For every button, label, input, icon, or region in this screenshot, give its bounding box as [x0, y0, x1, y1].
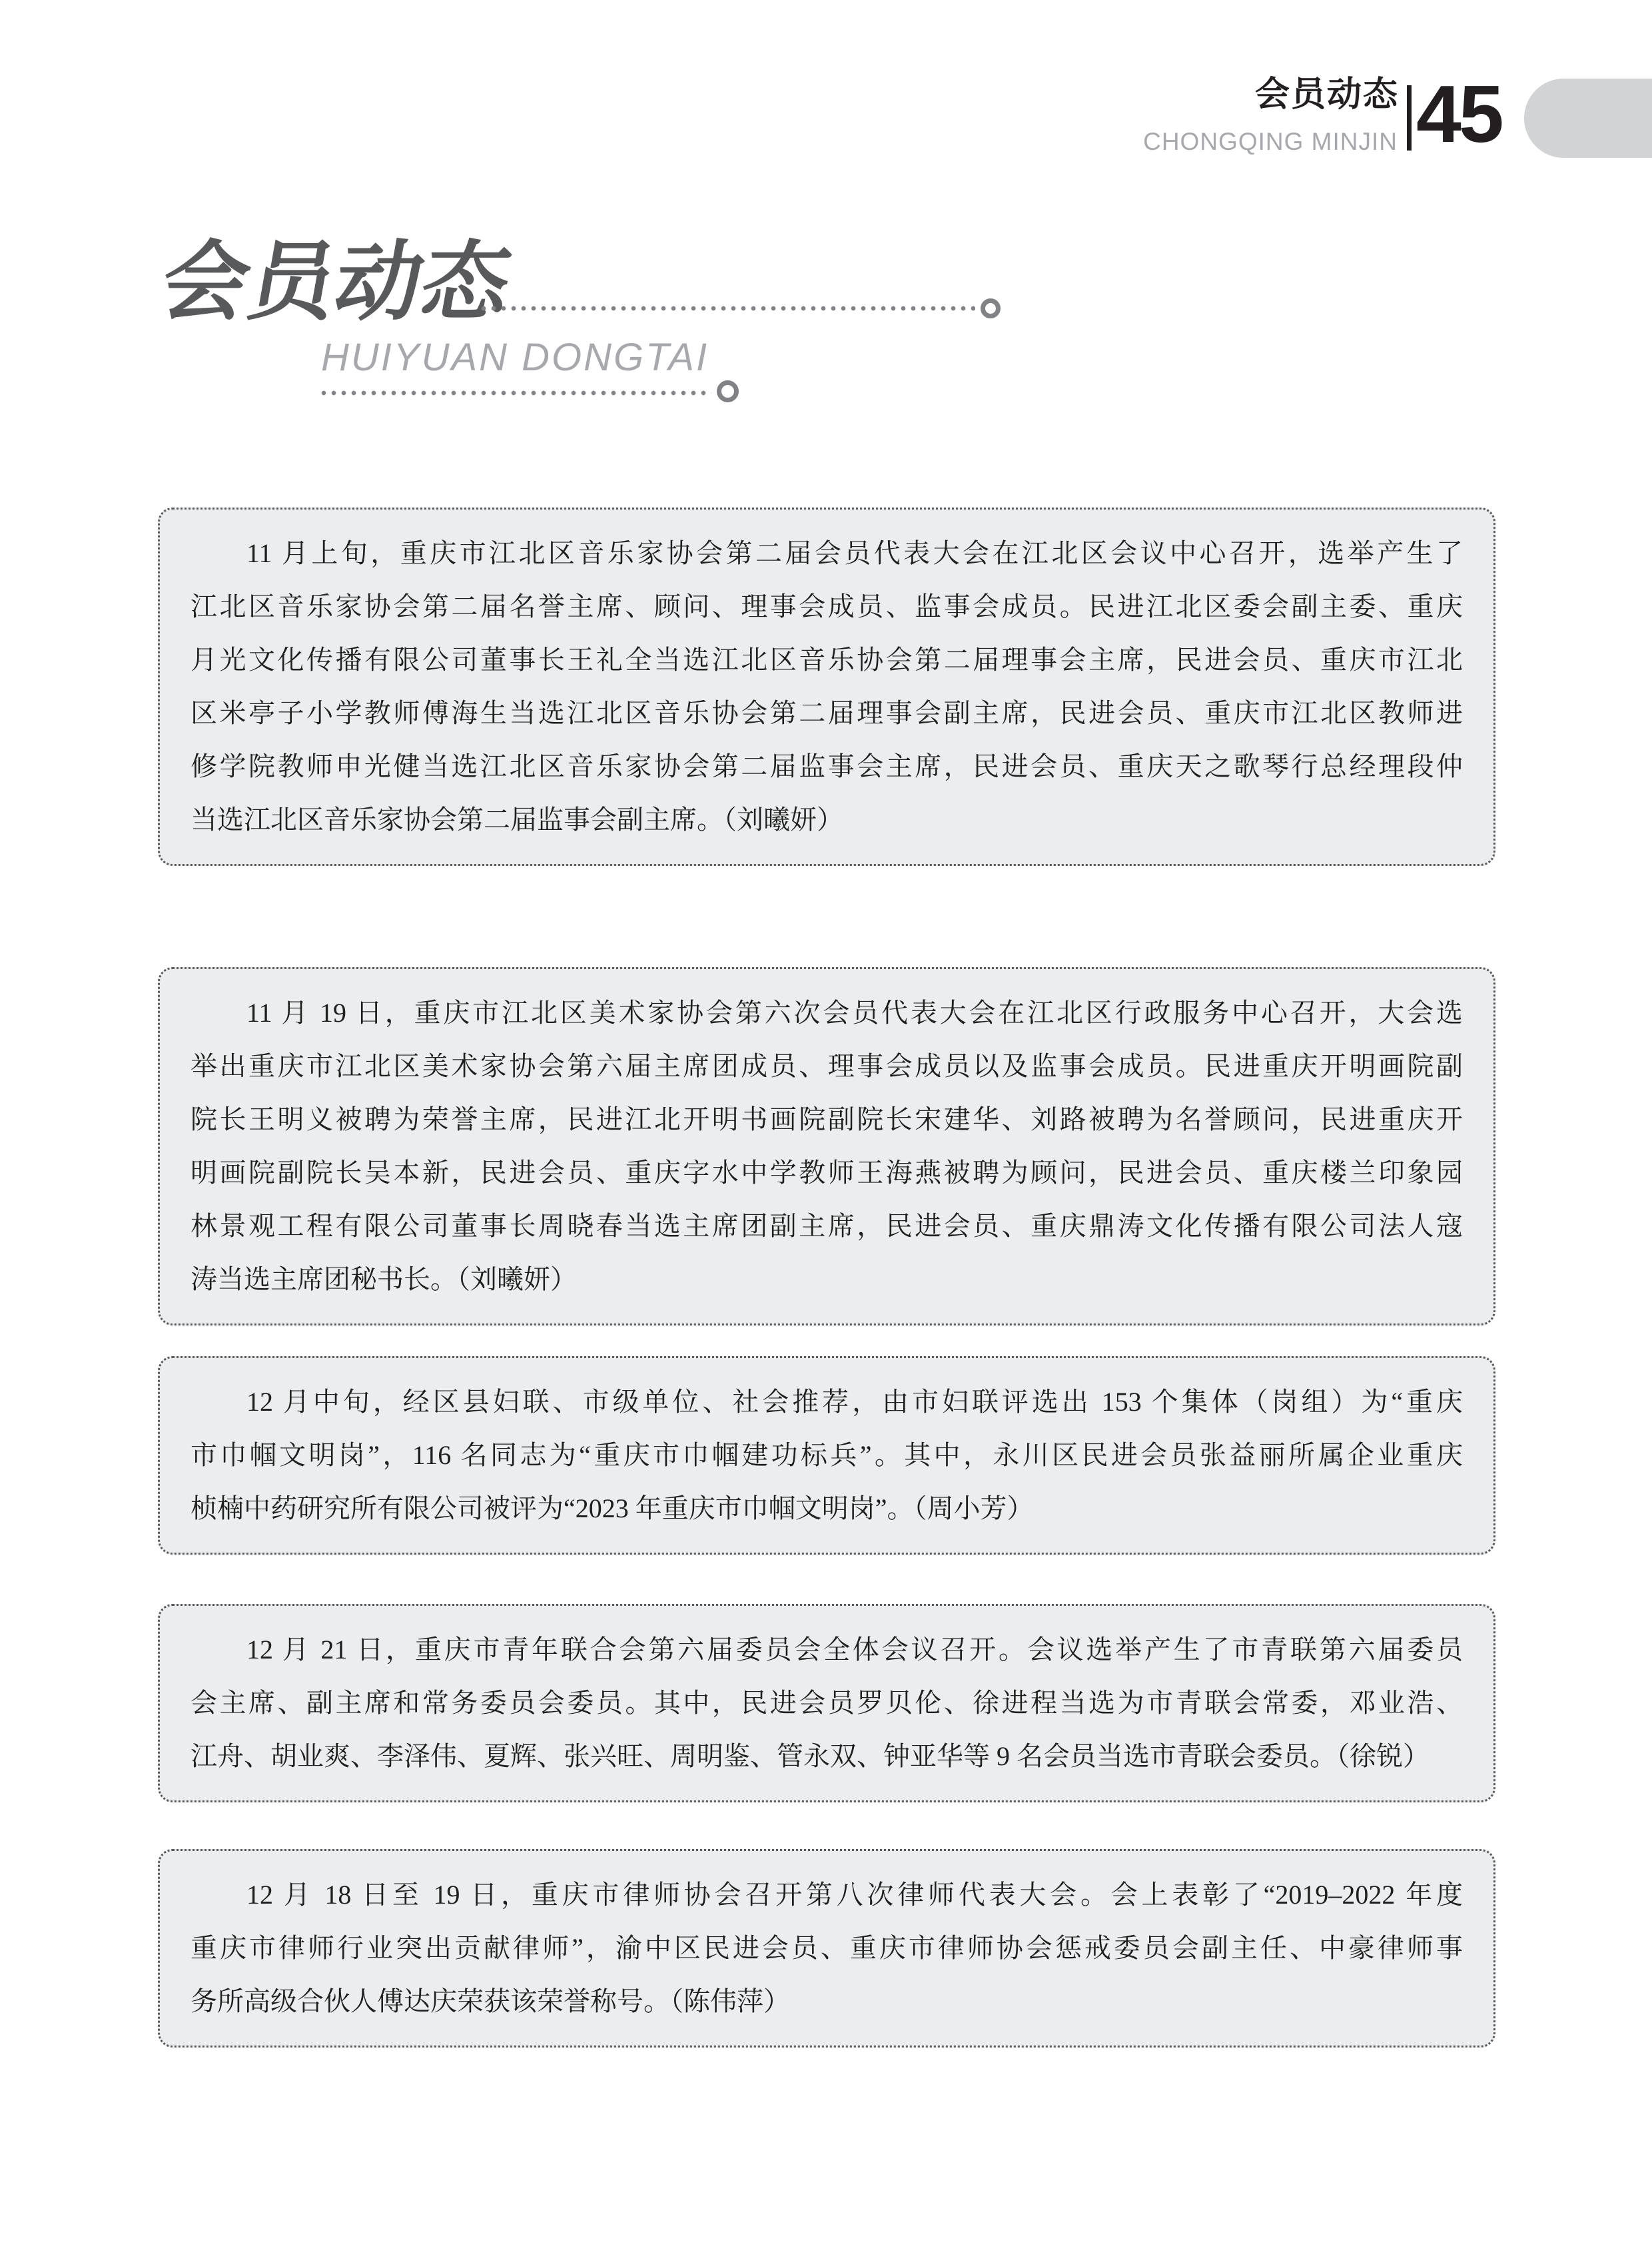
article-box-lawyers-association: 12 月 18 日至 19 日，重庆市律师协会召开第八次律师代表大会。会上表彰了…: [158, 1849, 1495, 2048]
article-line: 月光文化传播有限公司董事长王礼全当选江北区音乐协会第二届理事会主席，民进会员、重…: [191, 633, 1463, 687]
article-line: 务所高级合伙人傅达庆荣获该荣誉称号。（陈伟萍）: [191, 1975, 1463, 2028]
article-box-artists-association: 11 月 19 日，重庆市江北区美术家协会第六次会员代表大会在江北区行政服务中心…: [158, 967, 1495, 1325]
dotted-leader-top: [481, 306, 975, 311]
article-line: 江舟、胡业爽、李泽伟、夏辉、张兴旺、周明鉴、管永双、钟亚华等 9 名会员当选市青…: [191, 1730, 1463, 1783]
header-journal-name: CHONGQING MINJIN: [1143, 129, 1398, 154]
article-line: 明画院副院长吴本新，民进会员、重庆字水中学教师王海燕被聘为顾问，民进会员、重庆楼…: [191, 1146, 1463, 1200]
article-line: 桢楠中药研究所有限公司被评为“2023 年重庆市巾帼文明岗”。（周小芳）: [191, 1482, 1463, 1535]
article-line: 区米亭子小学教师傅海生当选江北区音乐协会第二届理事会副主席，民进会员、重庆市江北…: [191, 687, 1463, 740]
article-line: 江北区音乐家协会第二届名誉主席、顾问、理事会成员、监事会成员。民进江北区委会副主…: [191, 580, 1463, 633]
article-line: 修学院教师申光健当选江北区音乐家协会第二届监事会主席，民进会员、重庆天之歌琴行总…: [191, 740, 1463, 793]
header-capsule-decoration: [1524, 79, 1652, 158]
article-line: 11 月上旬，重庆市江北区音乐家协会第二届会员代表大会在江北区会议中心召开，选举…: [191, 527, 1463, 580]
circle-end-icon: [981, 298, 1001, 318]
section-title-pinyin: HUIYUAN DONGTAI: [321, 336, 709, 379]
dotted-leader-bottom: [321, 390, 711, 396]
article-line: 12 月 18 日至 19 日，重庆市律师协会召开第八次律师代表大会。会上表彰了…: [191, 1868, 1463, 1922]
article-line: 重庆市律师行业突出贡献律师”，渝中区民进会员、重庆市律师协会惩戒委员会副主任、中…: [191, 1922, 1463, 1975]
header-section-title: 会员动态: [1255, 77, 1399, 112]
article-line: 涛当选主席团秘书长。（刘曦妍）: [191, 1253, 1463, 1306]
article-line: 12 月中旬，经区县妇联、市级单位、社会推荐，由市妇联评选出 153 个集体（岗…: [191, 1375, 1463, 1429]
article-box-womens-federation: 12 月中旬，经区县妇联、市级单位、社会推荐，由市妇联评选出 153 个集体（岗…: [158, 1356, 1495, 1555]
section-title: 会员动态: [155, 234, 518, 330]
article-line: 会主席、副主席和常务委员会委员。其中，民进会员罗贝伦、徐进程当选为市青联会常委，…: [191, 1677, 1463, 1730]
article-line: 市巾帼文明岗”，116 名同志为“重庆市巾帼建功标兵”。其中，永川区民进会员张益…: [191, 1429, 1463, 1482]
page-number: 45: [1416, 73, 1501, 155]
article-line: 林景观工程有限公司董事长周晓春当选主席团副主席，民进会员、重庆鼎涛文化传播有限公…: [191, 1200, 1463, 1253]
article-box-youth-federation: 12 月 21 日，重庆市青年联合会第六届委员会全体会议召开。会议选举产生了市青…: [158, 1604, 1495, 1802]
article-line: 12 月 21 日，重庆市青年联合会第六届委员会全体会议召开。会议选举产生了市青…: [191, 1623, 1463, 1677]
circle-end-icon: [717, 380, 739, 402]
article-line: 11 月 19 日，重庆市江北区美术家协会第六次会员代表大会在江北区行政服务中心…: [191, 986, 1463, 1040]
article-line: 院长王明义被聘为荣誉主席，民进江北开明书画院副院长宋建华、刘路被聘为名誉顾问，民…: [191, 1093, 1463, 1146]
header-divider-bar: [1407, 85, 1412, 151]
article-line: 当选江北区音乐家协会第二届监事会副主席。（刘曦妍）: [191, 793, 1463, 847]
article-box-music-association: 11 月上旬，重庆市江北区音乐家协会第二届会员代表大会在江北区会议中心召开，选举…: [158, 508, 1495, 866]
magazine-page: 会员动态 CHONGQING MINJIN 45 会员动态 HUIYUAN DO…: [0, 0, 1652, 2242]
article-line: 举出重庆市江北区美术家协会第六届主席团成员、理事会成员以及监事会成员。民进重庆开…: [191, 1040, 1463, 1093]
